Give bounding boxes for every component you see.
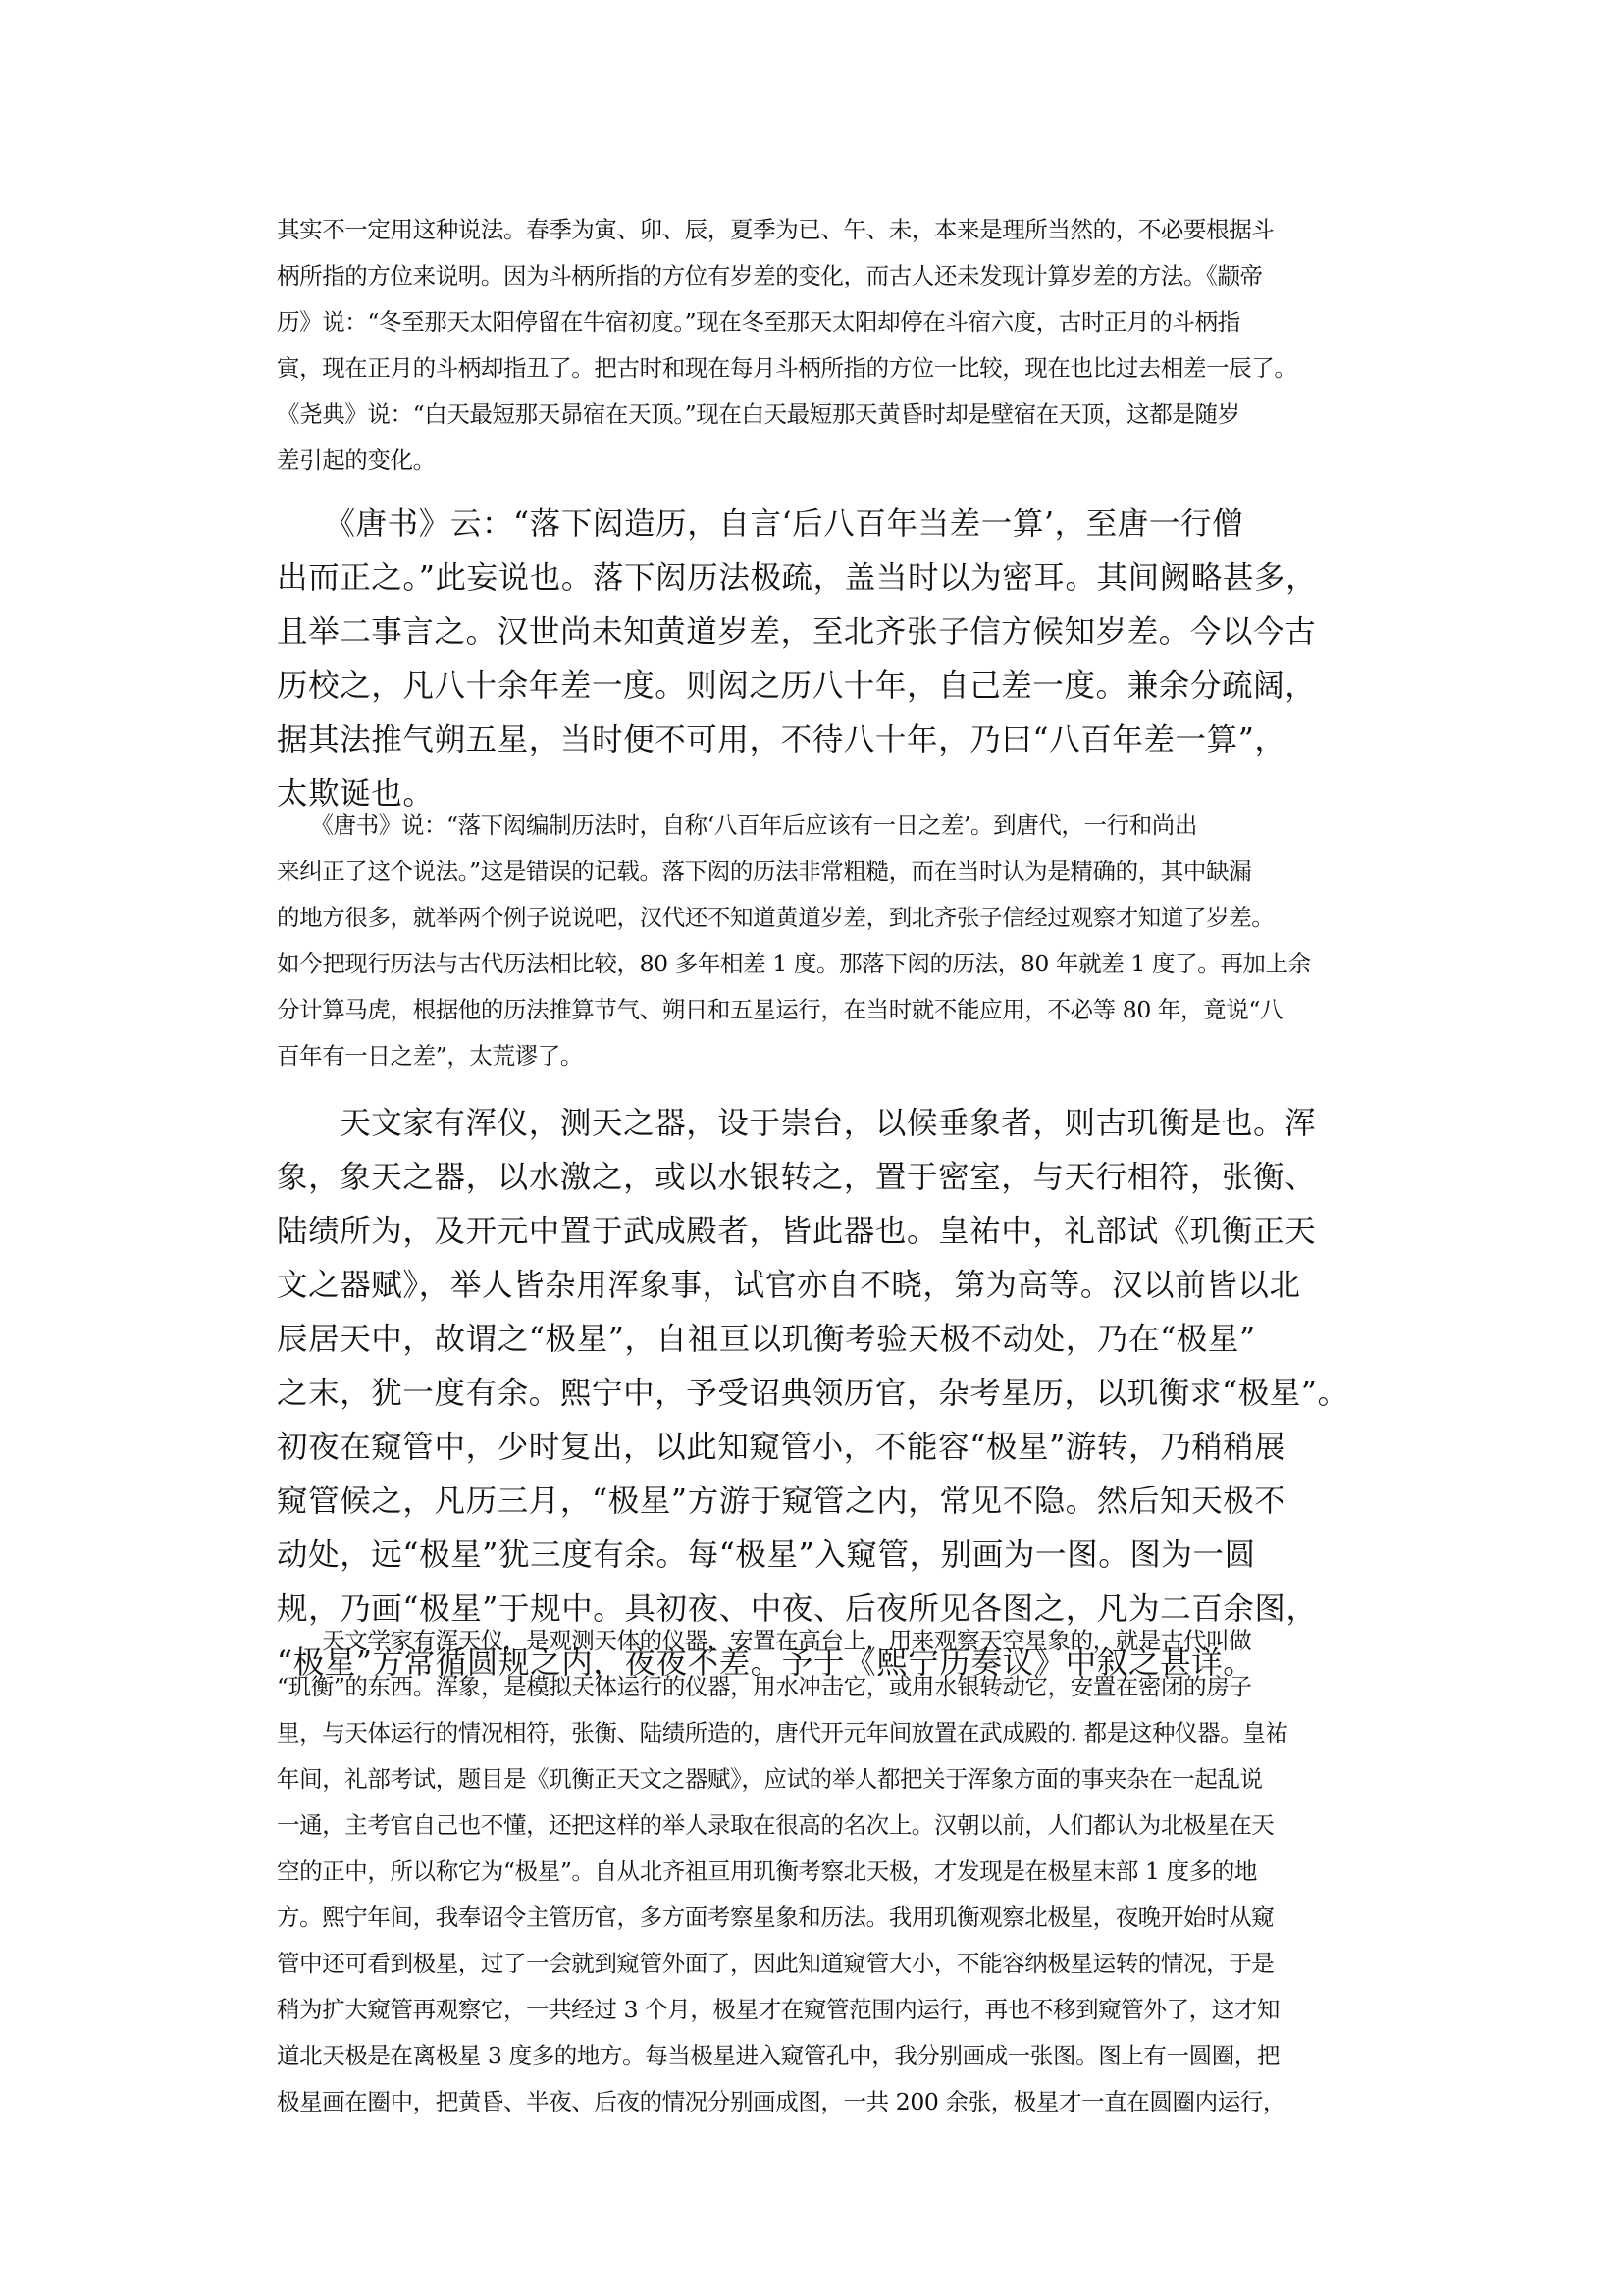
text-line: 空的正中，所以称它为“极星”。自从北齐祖亘用玑衡考察北天极，才发现是在极星末部 … — [277, 1849, 1356, 1895]
text-line: 历校之，凡八十余年差一度。则闳之历八十年，自己差一度。兼余分疏阔， — [277, 659, 1356, 713]
text-line: 窥管候之，凡历三月，“极星”方游于窥管之内，常见不隐。然后知天极不 — [277, 1475, 1356, 1529]
translation-paragraph-1: 其实不一定用这种说法。春季为寅、卯、辰，夏季为已、午、未，本来是理所当然的，不必… — [277, 207, 1356, 484]
text-line: 如今把现行历法与古代历法相比较，80 多年相差 1 度。那落下闳的历法，80 年… — [277, 941, 1356, 987]
text-line: 据其法推气朔五星，当时便不可用，不待八十年，乃曰“八百年差一算”， — [277, 713, 1356, 767]
text-line: 分计算马虎，根据他的历法推算节气、朔日和五星运行，在当时就不能应用，不必等 80… — [277, 987, 1356, 1033]
translation-paragraph-2: 《唐书》说：“落下闳编制历法时，自称‘八百年后应该有一日之差’。到唐代，一行和尚… — [277, 803, 1356, 1079]
text-line: 极星画在圈中，把黄昏、半夜、后夜的情况分别画成图，一共 200 余张，极星才一直… — [277, 2079, 1356, 2125]
text-line: 寅，现在正月的斗柄却指丑了。把古时和现在每月斗柄所指的方位一比较，现在也比过去相… — [277, 345, 1356, 391]
original-text-paragraph-1: 《唐书》云：“落下闳造历，自言‘后八百年当差一算’，至唐一行僧 出而正之。”此妄… — [277, 497, 1356, 821]
text-line: 初夜在窥管中，少时复出，以此知窥管小，不能容“极星”游转，乃稍稍展 — [277, 1421, 1356, 1475]
text-line: 《唐书》说：“落下闳编制历法时，自称‘八百年后应该有一日之差’。到唐代，一行和尚… — [277, 803, 1356, 849]
text-line: 方。熙宁年间，我奉诏令主管历官，多方面考察星象和历法。我用玑衡观察北极星，夜晚开… — [277, 1895, 1356, 1941]
text-line: 天文学家有浑天仪，是观测天体的仪器，安置在高台上，用来观察天空星象的，就是古代叫… — [277, 1618, 1356, 1664]
text-line: 差引起的变化。 — [277, 438, 1356, 484]
text-line: 动处，远“极星”犹三度有余。每“极星”入窥管，别画为一图。图为一圆 — [277, 1529, 1356, 1583]
text-line: 文之器赋》，举人皆杂用浑象事，试官亦自不晓，第为高等。汉以前皆以北 — [277, 1259, 1356, 1313]
text-line: 百年有一日之差”，太荒谬了。 — [277, 1033, 1356, 1079]
text-line: 其实不一定用这种说法。春季为寅、卯、辰，夏季为已、午、未，本来是理所当然的，不必… — [277, 207, 1356, 253]
text-line: 陆绩所为，及开元中置于武成殿者，皆此器也。皇祐中，礼部试《玑衡正天 — [277, 1205, 1356, 1259]
text-line: 年间，礼部考试，题目是《玑衡正天文之器赋》，应试的举人都把关于浑象方面的事夹杂在… — [277, 1756, 1356, 1802]
text-line: 一通，主考官自己也不懂，还把这样的举人录取在很高的名次上。汉朝以前，人们都认为北… — [277, 1802, 1356, 1849]
text-line: 来纠正了这个说法。”这是错误的记载。落下闳的历法非常粗糙，而在当时认为是精确的，… — [277, 849, 1356, 895]
original-text-paragraph-2: 天文家有浑仪，测天之器，设于崇台，以候垂象者，则古玑衡是也。浑 象，象天之器，以… — [277, 1097, 1356, 1691]
text-line: 里，与天体运行的情况相符，张衡、陆绩所造的，唐代开元年间放置在武成殿的. 都是这… — [277, 1710, 1356, 1756]
text-line: 稍为扩大窥管再观察它，一共经过 3 个月，极星才在窥管范围内运行，再也不移到窥管… — [277, 1987, 1356, 2033]
text-line: 象，象天之器，以水激之，或以水银转之，置于密室，与天行相符，张衡、 — [277, 1151, 1356, 1205]
translation-paragraph-3: 天文学家有浑天仪，是观测天体的仪器，安置在高台上，用来观察天空星象的，就是古代叫… — [277, 1618, 1356, 2125]
text-line: 《唐书》云：“落下闳造历，自言‘后八百年当差一算’，至唐一行僧 — [277, 497, 1356, 551]
text-line: 历》说：“冬至那天太阳停留在牛宿初度。”现在冬至那天太阳却停在斗宿六度，古时正月… — [277, 299, 1356, 345]
text-line: 道北天极是在离极星 3 度多的地方。每当极星进入窥管孔中，我分别画成一张图。图上… — [277, 2033, 1356, 2079]
text-line: 之末，犹一度有余。熙宁中，予受诏典领历官，杂考星历，以玑衡求“极星”。 — [277, 1367, 1356, 1421]
text-line: 天文家有浑仪，测天之器，设于崇台，以候垂象者，则古玑衡是也。浑 — [277, 1097, 1356, 1151]
text-line: 出而正之。”此妄说也。落下闳历法极疏，盖当时以为密耳。其间阙略甚多， — [277, 551, 1356, 605]
text-line: 的地方很多，就举两个例子说说吧，汉代还不知道黄道岁差，到北齐张子信经过观察才知道… — [277, 895, 1356, 941]
text-line: 管中还可看到极星，过了一会就到窥管外面了，因此知道窥管大小，不能容纳极星运转的情… — [277, 1941, 1356, 1987]
text-line: 辰居天中，故谓之“极星”，自祖亘以玑衡考验天极不动处，乃在“极星” — [277, 1313, 1356, 1367]
text-line: “玑衡”的东西。浑象，是模拟天体运行的仪器，用水冲击它，或用水银转动它，安置在密… — [277, 1664, 1356, 1710]
text-line: 《尧典》说：“白天最短那天昴宿在天顶。”现在白天最短那天黄昏时却是壁宿在天顶，这… — [277, 391, 1356, 438]
text-line: 且举二事言之。汉世尚未知黄道岁差，至北齐张子信方候知岁差。今以今古 — [277, 605, 1356, 659]
text-line: 柄所指的方位来说明。因为斗柄所指的方位有岁差的变化，而古人还未发现计算岁差的方法… — [277, 253, 1356, 299]
